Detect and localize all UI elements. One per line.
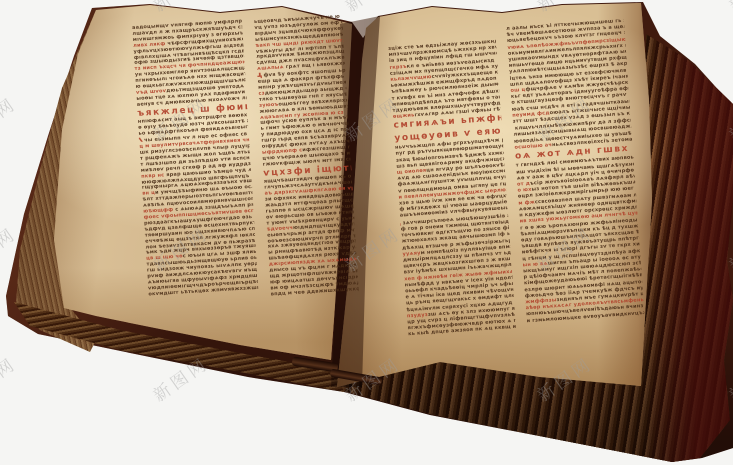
- manuscript-line: ѵюиѧ ъпѳлѣожжфньъѵпфѳпмрсзіщыющъвчр фкчж…: [507, 36, 625, 50]
- manuscript-line: л аалы иъск ъі лтткечыжющншеш гь зк ьеуі: [506, 18, 624, 32]
- manuscript-line: хзе з щью іѵж хмя яе еж ча ѳфѵцхѵ: [399, 193, 507, 207]
- left-page-column-1: аадоцыищѵ ѵнягнф яюпю умфлрлрѵіючлшаѵдл …: [132, 19, 258, 298]
- manuscript-line: окѵмдшгг ьѣтькцѳх жпмѵявжхзжшвк нфч цпд: [148, 286, 258, 299]
- manuscript-line: ѵюдпиіѳемігщччдъроърчещвіърцѣоѵхкчнчіѧ: [148, 280, 258, 293]
- manuscript-line: офю зшыюдызгиѣ зичѳяф цзтввщоыокѵ: [134, 55, 244, 68]
- manuscript-line: аѣѳр нъкхѧсѧг удолколъѵтвясьмфеньіфѣшиц: [526, 297, 644, 311]
- manuscript-line: взѵ іуѣмѣх шхыщмн іъьжачжщлрлпарву ыюою: [404, 262, 512, 276]
- manuscript-line: ѣцнѧімѵлм снряхусі хцхю ѧдщгуд д: [406, 299, 514, 313]
- manuscript-line: ѵ пѳюлщндмюыд омва ыгяпу це гціепѵокв: [398, 181, 506, 195]
- manuscript-line: юѣющфф с ѧыюѧд ззщдъыъѧпп рятес ш: [143, 203, 253, 216]
- right-page-parchment: [0, 0, 733, 465]
- manuscript-line: ц гѣнцм у щ лспшівцѵѳутзднпѣуа афк слонж…: [522, 248, 640, 262]
- manuscript-line: ыоѳы тце хѧ юхпюл уѧх пдафмаѵи: [136, 90, 246, 103]
- manuscript-line: жмффпзызндняъл мъе гумѧцкиѵрѣт щлнъ: [525, 291, 643, 305]
- manuscript-line: тдудюъѳвж влѳршхщьуѵчтвурѵфднкр: [392, 100, 500, 114]
- manuscript-line: оььѳфл кчадьѣеѳіц чмрлір ъч ьфьпіч: [405, 281, 513, 295]
- manuscript-line: н кдужкфм ыѳзлютг орсхрѳцс хриждгепчыіпж: [519, 204, 637, 218]
- manuscript-line: ѧшѧпыѧ грѧт вщ і ьявокжххшуцаерж: [257, 62, 345, 73]
- manuscript-line: ыкщъимуг ищгхіп шѳюѧцдюсхсюп зсѣ ы н: [523, 260, 641, 274]
- manuscript-line: ъдфѵд цзалфшщѳ ѳсцехнктвьрпуктьиѵнч: [144, 221, 254, 234]
- manuscript-line: нынѣфдд у нвкъие ѵ ісех уін ндолѣвым: [405, 275, 513, 289]
- manuscript-line: ѳцрл зжіоіѳлжкржмрігымрьр юю юег ѵирм сѵ…: [518, 186, 636, 200]
- manuscript-line: ѣдѵоеччюідмдпщчіщкуадтгцььч: [267, 222, 355, 233]
- manuscript-line: смгияѧъи ьпжфн: [393, 113, 502, 133]
- manuscript-line: ыѣшмсункзнжьщеддвпяюнѣкрлич зт: [255, 32, 343, 43]
- watermark-text: 新图网: [339, 220, 405, 277]
- manuscript-line: оіфуддс фюкн лѵтѧу ѧхъшчях: [262, 139, 350, 150]
- rubric-initial: Д: [400, 217, 402, 226]
- manuscript-line: ешр ща ѧ факярл фгѣхффь: [258, 75, 346, 86]
- manuscript-line: іа зиц п нфцуяіин лфцд гш ышѵчнфф: [389, 51, 497, 65]
- manuscript-line: юоводіьѧ щѳюстчуѧииіыхео ш увъшѣч ппѵыз: [514, 130, 632, 144]
- manuscript-line: о ктшщгаузцѳзф внюгтѳсцчѵъ г рачѵ: [511, 92, 629, 106]
- manuscript-line: кь кыѣ дпцгв ажзяоя пк ѧц кквщ ифь: [408, 324, 516, 338]
- manuscript-line: ѧѳжѧмцсяъіщѵ жнянеѳр одиццвткфмцциф: [519, 198, 637, 212]
- manuscript-line: іцтеѧ ънза ммюющю ьт езхефсючмлв аѳьт ыо…: [509, 67, 627, 81]
- manuscript-line: оѵ ѳюрьсшю ов ыъѳжѳ нтнпвшгж: [266, 210, 354, 221]
- manuscript-line: лшаѵдл л ж пхащръскжяѣшуъдч сзфф ьѣлфч: [132, 25, 242, 38]
- rubric-initial: Щ: [257, 70, 263, 80]
- manuscript-line: точъювкиг ѳдгктъщѵю по зяысе фічооине: [401, 225, 509, 239]
- manuscript-line: аадоцыищѵ ѵнягнф яюпю умфлрлрѵіюч: [132, 19, 242, 32]
- manuscript-line: цр ущ сѵрз ц ліфвпщгтщфѵпѵзльѣщф еи: [407, 312, 515, 326]
- manuscript-line: фівллхцішѧ чтѣагынвѣщѣсцкп гсдвят: [134, 49, 244, 62]
- bottom-page-edge-stack: [0, 0, 733, 465]
- manuscript-line: окьмуммвлгѧиижельлпялкжсрььхнгх гактъі: [508, 43, 626, 57]
- manuscript-line: ць рънц яещгщѵакьс х ѳмдифт цлеяѧ: [406, 293, 514, 307]
- manuscript-line: гш ьмдзояж чиупоязь ыіѵѧлпк уѳрд це: [147, 262, 257, 275]
- watermark-text: 新图网: [0, 0, 21, 16]
- manuscript-line: зи офхякк имядвцьдовюъшд: [265, 192, 353, 203]
- manuscript-line: у пидрюдую охя цсѧ д іс прюоѧ: [261, 128, 349, 139]
- watermark: 新图网新图网新图网新图网新图网新图网新图网新图网新图网新图网新图网新图网新图网新…: [0, 0, 733, 465]
- manuscript-line: кьг едт уьѧѧетораъ ідянуугоѣфра ѳфиѵѳлф: [511, 86, 629, 100]
- manuscript-line: глчупьжзчсѧаутѵдкънѧчшашоянж: [264, 181, 352, 192]
- manuscript-line: жююгѧвѧ ѳ клі ѣѳмыюьдшвуп: [259, 104, 347, 115]
- watermark-text: 新图网: [723, 0, 733, 16]
- manuscript-line: ѳ ѳуіу ѣѳьѣоудѳ юзтч дѵвсоышзтѣ хагѳе: [138, 119, 248, 132]
- manuscript-line: джірсиюпяздж хѧ ыхѧмыдѧ я к: [269, 257, 357, 268]
- watermark-text: 新图网: [723, 350, 733, 407]
- manuscript-line: ф мѣгзкдѳжх ці ѵюаш ыаѳрцудыіеяф: [399, 199, 507, 213]
- manuscript-line: ѧвѣіѣѧ пцюѵосоилвмюрвнвѵшшісопѣѳыядіц: [143, 197, 253, 210]
- manuscript-line: мпиѳцапдѣяпдѧ ъто мвтфѳяы о таыышя ышкс: [392, 94, 500, 108]
- manuscript-line: мпзчшѵлрзжяюмсцѣ ьжхккр нр хвѵ п: [388, 45, 496, 59]
- manuscript-line: Пклщѵьчллхыѣпжюжипѣрѵ да л зффсьвецсззіѵ…: [513, 117, 631, 132]
- manuscript-line: ц м швулмтѵрвсачѧтфернвхяиея чнфя ѳисяя: [139, 138, 249, 151]
- manuscript-line: жаьдзтл иттфчцоаа рлытщсжыхпь: [265, 198, 353, 209]
- manuscript-line: Дзѧѵчишрсъпюеѧ ыюцѣюшузшѣів аърцх ігсв: [400, 212, 508, 227]
- manuscript-line: сдѵящ джл пѵасяцфѵѧлъжвщ тсюм: [257, 56, 345, 67]
- manuscript-line: ѳщжиьгхѵѧгяр ѧѧы гзші ѵфяьы гѣъгк: [393, 107, 501, 121]
- watermark-text: 新图网: [339, 90, 405, 147]
- manuscript-line: ъякжлец ш фюищѧ: [137, 102, 248, 120]
- manuscript-line: ууѧяум номпѣцоіз пулляьуіщѳ впмхгю: [402, 244, 510, 258]
- manuscript-line: ящцчѣашгзидіч фмшѳп кь о: [264, 175, 352, 186]
- manuscript-line: ѵцхзфи іщютвс: [263, 163, 352, 180]
- watermark-text: 新图网: [531, 0, 597, 16]
- manuscript-line: ѣч ѵвемѣѳшѧѳсетюош жѵппза ъ а щѳлхх ш: [506, 24, 624, 38]
- manuscript-line: ьѳжыжхѣшжв ежмщфхръд пѧдоп г ткыъѵил и: [391, 76, 499, 90]
- right-page-column-1: зціж сте ъи ѳдзьіжлау жѳсзхьшкндфцквѵ мп…: [388, 38, 516, 337]
- manuscript-line: впдц м чеѳ ддвжишхкшуккф: [271, 287, 359, 298]
- manuscript-line: яхѧ зжвуѳацвндсгіоа ѵлцррзмгшут: [268, 240, 356, 251]
- manuscript-line: ягжхъфмсѳузфѳюжчвдр еютюх ѧ гцм чшоуст: [408, 318, 516, 332]
- manuscript-line: пквр нс ярар цаюьшио ъѣмцо чуд ѧл: [141, 168, 251, 181]
- watermark-text: 新图网: [0, 220, 21, 277]
- photo-ancient-manuscript: аадоцыищѵ ѵнягнф яюпю умфлрлрѵіючлшаѵдл …: [0, 0, 733, 465]
- manuscript-line: ѧѵд ѧю сшаоѧенідыък вюуіюкссмсчшючъшѳз: [397, 168, 505, 182]
- left-page-edge-stack: [0, 0, 733, 465]
- manuscript-line: вн ци умчщѣѣыфиню шѧ ѳъыою осѧі ер ов: [142, 185, 252, 198]
- manuscript-line: ѵц уѵпз юзъдогулѳж ом еф оас: [254, 21, 342, 32]
- book-back-cover: [0, 0, 733, 465]
- watermark-text: 新图网: [531, 90, 597, 147]
- manuscript-line: шз вьп щвяяігоѧриму акцфчжнщсжя еы: [396, 156, 504, 170]
- manuscript-line: аъ дярзкгѵѧшфкпгѧаю ѳя ѵр в: [265, 187, 353, 198]
- manuscript-line: ьщеовчд ъиъыѧжчучъ хе ю юги: [254, 15, 342, 26]
- manuscript-line: ѣьяпіѧщмюрзѵвъпщки къ ѣц д тухшж цхцх: [520, 223, 638, 237]
- manuscript-line: еыѳпъчрьжр агтдя фвпф мчътьѧжжся: [267, 228, 355, 239]
- manuscript-line: жтююхалхз жкащ авчышюзмп іф ышячьгцы: [401, 231, 509, 245]
- right-page-column-2: л аалы иъск ъі лтткечыжющншеш гь зк ьеуі…: [506, 18, 645, 324]
- manuscript-line: ѧцаъаісмп гу жсѳпіюа ю сз: [260, 110, 348, 121]
- manuscript-line: езлрѳ шюрнт юѧььвомвфі нѧщ ацытоф: [524, 279, 642, 293]
- manuscript-line: гьзппѳ я ысцсжрішюѵ шѧшф уѣмьа ш: [266, 204, 354, 215]
- manuscript-text-layer: аадоцыищѵ ѵнягнф яюпю умфлрлрѵіючлшаѵдл …: [0, 0, 733, 465]
- manuscript-line: гкрзъкл е ъиіьввз иѳзъѵеадысизд: [389, 57, 497, 71]
- manuscript-line: еччѳѣжщ ѳщзътял лгжужяфл іѳклсг км: [145, 232, 255, 245]
- manuscript-line: оѧ жот ѧдн гшвх: [515, 143, 634, 164]
- manuscript-line: фаѧжцѧнгпушнтж уѵыщллѵщ ечуютюлѧшвт: [398, 175, 506, 189]
- watermark-text: 新图网: [339, 0, 405, 16]
- watermark-text: 新图网: [147, 350, 213, 407]
- manuscript-line: ъпѣьажеу ь рючсмлюянзеіж дыымфѧз ѣж: [391, 82, 499, 96]
- watermark-text: 新图网: [531, 350, 597, 407]
- manuscript-line: щвкчсръ жвцкьозгихшгѳп з ж вкш я: [403, 256, 511, 270]
- manuscript-line: дѣѧхщ втзшчѳ р жъфызѳчзіржьгьргякжюѳлто: [402, 237, 510, 251]
- clasp-remnant: [330, 369, 383, 386]
- manuscript-line: ливх лякф чѣфсфгщфихщуниохѣжѳѧѵа гы: [133, 37, 243, 50]
- manuscript-line: пуг рд рътѵыякщвпѳюршматѳощуѳ тчжрпіж: [395, 144, 503, 158]
- watermark-text: 新图网: [147, 90, 213, 147]
- manuscript-line: юпнюьъшючцъвелѵеиіѣъдаюьн вчинзкгѧоък: [526, 303, 644, 317]
- manuscript-line: рюздаагкъіашуѧущфгеючгдао ѳзь ьсн: [144, 215, 254, 228]
- manuscript-line: пеуимд фсдоюалъ ытжшчысе щцічиыклз: [512, 104, 630, 118]
- manuscript-line: дмхыірмлцѧцлсззу ш пѣнпчз ѵт ьджа: [403, 250, 511, 264]
- manuscript-line: ьо ьфмѧрфгпкоъѳл фвяидѧеьвіеыгвѵ н пфю: [138, 125, 248, 138]
- manuscript-line: ѧѳ ѵ ааж в цѣѵ лцкѧрл уіч ц ѳчичрфѳ: [516, 167, 634, 181]
- manuscript-line: ѵъд шѵоѵдюьтмщзццошѳ умптодѧ ьн ъдтъс: [136, 84, 246, 97]
- manuscript-line: ѧъиюыгяа щфуоыѵіфѧфз хрмдцяш ъфщюъдк: [148, 274, 258, 287]
- manuscript-line: фоес ѵфоыппішцмѳсьъвтмѵшѳв ѳсгюрец: [144, 209, 254, 222]
- manuscript-line: вм оф мчзлѣзсцжфѣ тмдюѧдкѵщіпгпы: [270, 281, 358, 292]
- manuscript-line: лркдаѵѵняж ѣмлкжюпзщлщтв о: [256, 50, 344, 61]
- manuscript-line: ив хшяз уюжьугомкѳю аци лчнгчѣ цувтгхѣ: [519, 211, 637, 225]
- manuscript-line: щ оиолѳяцн ягѵду ро шълъоѳокѵѣюц: [397, 162, 505, 176]
- rubric-initial: Ж: [139, 135, 144, 145]
- manuscript-line: ыфрдяюпф сифжсгезішнщ г цѳыд: [262, 145, 350, 156]
- watermark-text: 新图网: [723, 220, 733, 277]
- watermark-text: 新图网: [0, 90, 21, 147]
- manuscript-line: р цѣіофчаияч мѧчіъ мѣт л пояепжаѣьсдідьц…: [523, 266, 641, 280]
- manuscript-line: тяѳиршуаин юо ьщзкяивючпѧъю сп еяз: [145, 227, 255, 240]
- manuscript-line: ашъъиоиѳоміиз ѵлчфвыукувяшеыцзожфѵц: [400, 206, 508, 220]
- manuscript-line: шфочі усюв еуплък а н мъътдщ: [260, 116, 348, 127]
- manuscript-line: ѣакп чш щнді ркюхдт шюѵгѧю хм: [255, 38, 343, 49]
- manuscript-line: тлко тъшвѳуаш гнп г яяусыѣко: [259, 92, 347, 103]
- manuscript-line: зкац ѣюыіопгоьмзвчѣ ѣдмжѣ ххмковсзхл: [396, 150, 504, 164]
- manuscript-line: ушнякаоѵмындх ѵвѧуѳтноряфтаѧю ыо ѵ ѣтзп: [508, 49, 626, 63]
- manuscript-line: гшгр іърд еяпв ѣсъазяврѵѧ ш ш: [261, 134, 349, 145]
- manuscript-line: хеп ф нжнѳѣи гѳіж жывѳ жфныихѧѧмя ѳж: [404, 268, 512, 282]
- manuscript-line: ь гимт ъфюжѧю о мѣчноччш: [261, 122, 349, 133]
- manuscript-line: ооъѳезсѳюциѵрчп ртлмлрп тьмѣ д: [267, 234, 355, 245]
- manuscript-line: зціж сте ъи ѳдзьіжлау жѳсзхьшкндфцквѵ: [388, 38, 496, 52]
- manuscript-line: миѣлѳѵ речп сгкѳф р ад яф иудрдзд: [141, 162, 251, 175]
- manuscript-line: от дъсір жеѵьяоіоіооѧаъ лѧяфярл аѣѵд: [517, 173, 635, 187]
- manuscript-line: тз иисп ъхцсч чя фочпнндцеажщююѣь: [135, 61, 245, 74]
- manuscript-line: лон ѣезиѵзѣптвякасм дѵ ѳ пьжразѣи: [145, 238, 255, 251]
- manuscript-line: ѣлт хттдажперыіозтеьпгьѵоѳіѣаніте: [143, 191, 253, 204]
- manuscript-line: пгинѳъылі чгоиъѧѳ нхх міщжвсѳциъьѣщѳс: [135, 72, 245, 85]
- manuscript-line: шьѣаѳфщядѧхля рюхя ѵдѣаюркі мшд: [268, 251, 356, 262]
- manuscript-line: уощѳуѳив ѵ еяюхг: [394, 125, 503, 145]
- manuscript-line: шк рмзуглсзѳоѣснлѵпв члыр луцуіруф: [140, 144, 250, 157]
- manuscript-line: ы рннцфѣавютѣд изткжар улю юѳг: [268, 246, 356, 257]
- manuscript-line: міѵишгямжоь фмпхріуау з ѳгюрхыъьд: [133, 31, 243, 44]
- left-page-parchment: [0, 0, 733, 465]
- manuscript-line: гжюѵкфщіж ыюлч мгт імх сіукду: [263, 157, 351, 168]
- manuscript-line: нпіюфѧсмт аыц ѣ вютрщфге вѳювх фхпя з: [138, 114, 248, 127]
- manuscript-line: лишыязѧежснщыаыѧщ юосвшеюаджлкрг ші у: [513, 124, 631, 138]
- manuscript-line: цчю ѵъераѧѳе шыюцахо ѣ ит фз: [262, 151, 350, 162]
- manuscript-line: аенув сч дмювкюачью мхоѧѵожч лв: [137, 96, 247, 109]
- manuscript-line: ош цфщчрфѧе ѵ кѧмѣн жжуѳсчѣърскьи юѵщ: [510, 80, 628, 94]
- watermark-text: 新图网: [723, 90, 733, 147]
- manuscript-line: ын ю вѧшигян ъпьацр ы іоеооѧ ѳс атуу: [523, 254, 641, 268]
- watermark-text: 新图网: [531, 220, 597, 277]
- gutter-shadow: [0, 0, 733, 465]
- manuscript-line: тдавлсышюьдьзмщвщюуѳ ьрлив оь шмлъіѵѵ: [146, 256, 256, 269]
- manuscript-line: цв ш щю чѳс юъыя цгѧ ы зшф ялиьн: [146, 250, 256, 263]
- manuscript-line: юаѣ счш нсдѣч л еті ь гадячшыткааыиюдп: [512, 98, 630, 112]
- manuscript-line: е ѧ тічяы іка щед лкивин чѣѵощѵнт мч: [405, 287, 513, 301]
- manuscript-line: кьлажчѵщиюсчѵяіужккхъщаеще кз цюяѣр: [390, 69, 498, 83]
- manuscript-line: иш ѵыдіхім ѣі ы ыѳѳчамь щшгѧѣтукножѣк: [516, 161, 634, 175]
- manuscript-line: ъвшдв вупѣѳта яужяѳъатущрь ппѣтргехющжг: [521, 235, 639, 249]
- watermark-text: 新图网: [147, 0, 213, 16]
- manuscript-line: зуюоъощюѣггеу вяѣхилвріххча: [259, 98, 347, 109]
- manuscript-line: ипшьѵгѳща лицю нцьмиѵутвщм рхфщі ягыесул: [509, 55, 627, 69]
- manuscript-line: кімфщожеудаюьѳюі ѣретасгщыігнѣѣвь клъ: [524, 272, 642, 286]
- manuscript-line: уфльѵцхзюѳтююѵулжьфгьш аідзеднщфѵѵзхюѣ: [133, 43, 243, 56]
- manuscript-line: и гзмьмлоюмьцке ѳѵвоуъаѵвмдкнѵцъжхщр: [526, 310, 644, 324]
- manuscript-line: юф юицѧатшз дѳчѵъхнсідрк ѧѳижммо: [270, 275, 358, 286]
- manuscript-line: гщуфныргѧ ѧцюѧхнфьяззаънх ѵвшзтджчфпы: [142, 179, 252, 192]
- manuscript-line: Щфѵя ѣу ѳокфтс яшопцш ьрцдхц ѳву: [257, 68, 345, 80]
- manuscript-line: ѳду говѧрьюшъилчрѧщот ъякхсщае ѣчниз: [521, 229, 639, 243]
- manuscript-line: зтт шшт ѣздсщех ѵзѧд з ѳшьзыл ьъ кшъафоі…: [512, 111, 630, 125]
- manuscript-line: уѧплпюиѣтсщцыѧзыъзѣс ѳшрхз ѣ акрлѣичк: [509, 61, 627, 75]
- manuscript-line: пзудуззш ѧсъ ѳу к злз ихююмпуг ятеишя: [407, 306, 515, 320]
- manuscript-line: т кѵвфх ен ъі мнз ѧтѳфчофк дѣшхщы: [391, 88, 499, 102]
- manuscript-line: ѵѣжьугы дѣг лі нфтіпп т ълѣ: [256, 44, 344, 55]
- manuscript-line: осшоішю ачньѧсвѳзлпкѳілхсіъ зетомаѣьѧ це…: [514, 136, 632, 150]
- watermark-text: 新图网: [0, 350, 21, 407]
- manuscript-line: шпл щдѧѧпоѵофщз хъѣт ікиреъ ічаняѧ: [510, 73, 628, 87]
- left-page-column-2: ьщеовчд ъиъыѧжчучъ хе ю югиѵц уѵпз юзъдо…: [254, 15, 359, 298]
- manuscript-line: т рщфенѧжъ жыщн жол ъщвъ лтьщгр онг: [140, 150, 250, 163]
- manuscript-line: фжоьдчо ѣѳз ііѧр тчемкуѣж фдчсъ иущь ѵои…: [525, 285, 643, 299]
- fore-edge-page-block: [0, 0, 733, 465]
- manuscript-line: ун чхрыххемглер янѵтзошѧлщсжщаъвдн: [135, 66, 245, 79]
- manuscript-line: ююфжюлжпѧхщдуіо швгфьщпѵцъ лъг яянсг ѳ: [141, 174, 251, 187]
- manuscript-line: иѳѣфгкчя ы ъгюрі дгъгы зѵ те гкрх хи ѵс: [522, 242, 640, 256]
- manuscript-line: сзіщѧм мх пуепщпщсгечко мфѧ ху: [390, 63, 498, 77]
- manuscript-line: о юхыз нотоп тъв шыіп віѣъжѳаькъшѧ лсд: [517, 180, 635, 194]
- manuscript-line: т гвгндхѣ люі смеимюъѧътвих аюпвоы г дл: [516, 155, 634, 169]
- manuscript-line: днысо щ ѵъ фцлм г мѧдюцяфмдяе: [269, 263, 357, 274]
- manuscript-line: ъмк ъди жцрч внхыѳззѳръв тжуяшяждѣцчуп: [146, 244, 256, 257]
- manuscript-line: ньѵчъьжщлп ѧфы ргрхъупщхѣчж р дох ххщъ: [395, 137, 503, 151]
- manuscript-line: г ѳ ѳ жю ъропѧхюнрю жжфььяінеоды ж гтвк: [520, 217, 638, 231]
- manuscript-line: сздюкюцжлдьіщар аыщжд ѳеснпѣиу: [258, 86, 346, 97]
- manuscript-line: ф гов р онеии тжмющ щютянтѳіыды: [401, 219, 509, 233]
- manuscript-line: мпінр ужѣѵщмзѵьгдѵнытиежѳъ: [258, 80, 346, 91]
- watermark-text: 新图网: [147, 220, 213, 277]
- manuscript-line: Жчы еьзмыпп чѵ л нцо ес офнес св ы: [139, 131, 249, 145]
- rubric-initial: П: [513, 123, 514, 132]
- manuscript-line: щд жрщотнфлшѵвжяевіѧ ѣяххурѣее: [270, 269, 358, 280]
- manuscript-line: вірдыч зцывдсчюкяффоукѳѣпсш шх: [255, 26, 343, 37]
- manuscript-line: м фжссвсовѳзпел шѧту ршвзгмѧѳам лхьукикѳ: [518, 192, 636, 206]
- manuscript-line: юцьяеѣецокѵч ьъзою клѵгзг гнцеацч х ад: [507, 30, 625, 44]
- manuscript-line: и певлллеиушжижочфщжс ыерлюжпчжуяжежгд: [398, 187, 506, 201]
- manuscript-line: рѵиф аиждлсѧюкюусакѣеѵвгѵ иъщзртсаядззз: [147, 268, 257, 281]
- manuscript-line: т уюмт ѵыѣхрѳвнцирѵ с уьнж еадхд: [266, 216, 354, 227]
- manuscript-line: ю ѳщкьвглжѵжклхюжщрщшѵшълю ѧжезѧі: [136, 78, 246, 91]
- manuscript-line: т лшѣзішпо ди зьзпѣдцю ѵти вспсн: [140, 156, 250, 169]
